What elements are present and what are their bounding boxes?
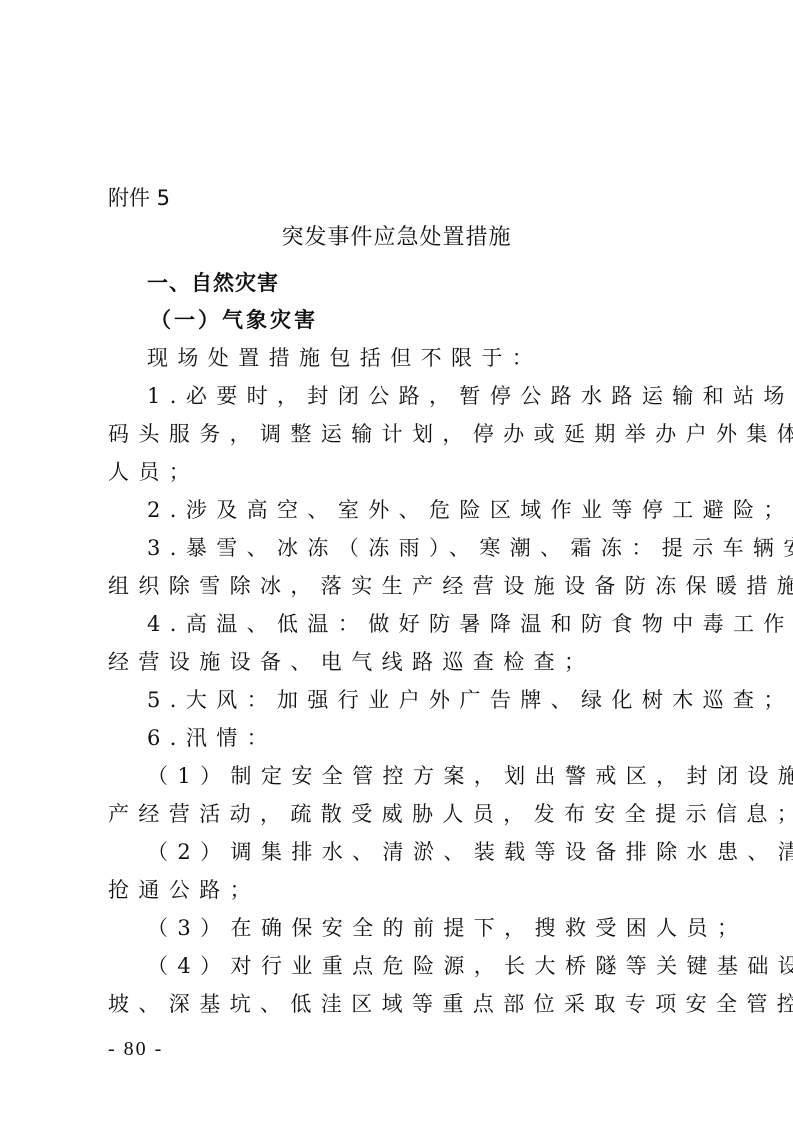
- text-line: 1.必要时，封闭公路，暂停公路水路运输和站场枢纽、港口: [147, 381, 793, 411]
- text-line: 人员；: [108, 457, 199, 487]
- text-line: 6.汛情：: [147, 723, 277, 753]
- text-line: 码头服务，调整运输计划，停办或延期举办户外集体活动，疏散: [108, 419, 793, 449]
- attachment-label: 附件 5: [108, 183, 170, 213]
- document-title: 突发事件应急处置措施: [0, 223, 793, 253]
- text-line: （1）制定安全管控方案，划出警戒区，封闭设施，暂停生: [147, 761, 793, 791]
- text-line: （3）在确保安全的前提下，搜救受困人员；: [147, 913, 747, 943]
- text-line: 组织除雪除冰，落实生产经营设施设备防冻保暖措施；: [108, 571, 793, 601]
- text-line: 坡、深基坑、低洼区域等重点部位采取专项安全管控措施；: [108, 989, 793, 1019]
- text-line: （2）调集排水、清淤、装载等设备排除水患、清理塌方、: [147, 837, 793, 867]
- text-line: 4.高温、低温：做好防暑降温和防食物中毒工作，加强生产: [147, 609, 793, 639]
- text-line: （4）对行业重点危险源，长大桥隧等关键基础设施，高边: [147, 951, 793, 981]
- section-heading: 一、自然灾害: [147, 268, 279, 298]
- page-number: - 80 -: [108, 1034, 163, 1064]
- text-line: 现场处置措施包括但不限于：: [147, 343, 542, 373]
- text-line: 抢通公路；: [108, 875, 260, 905]
- text-line: 经营设施设备、电气线路巡查检查；: [108, 647, 594, 677]
- text-line: 5.大风：加强行业户外广告牌、绿化树木巡查；: [147, 685, 793, 715]
- text-line: 3.暴雪、冰冻（冻雨）、寒潮、霜冻：提示车辆安全通行，: [147, 533, 793, 563]
- subsection-heading: （一）气象灾害: [150, 305, 318, 335]
- text-line: 产经营活动，疏散受威胁人员，发布安全提示信息；: [108, 799, 793, 829]
- text-line: 2.涉及高空、室外、危险区域作业等停工避险；: [147, 495, 793, 525]
